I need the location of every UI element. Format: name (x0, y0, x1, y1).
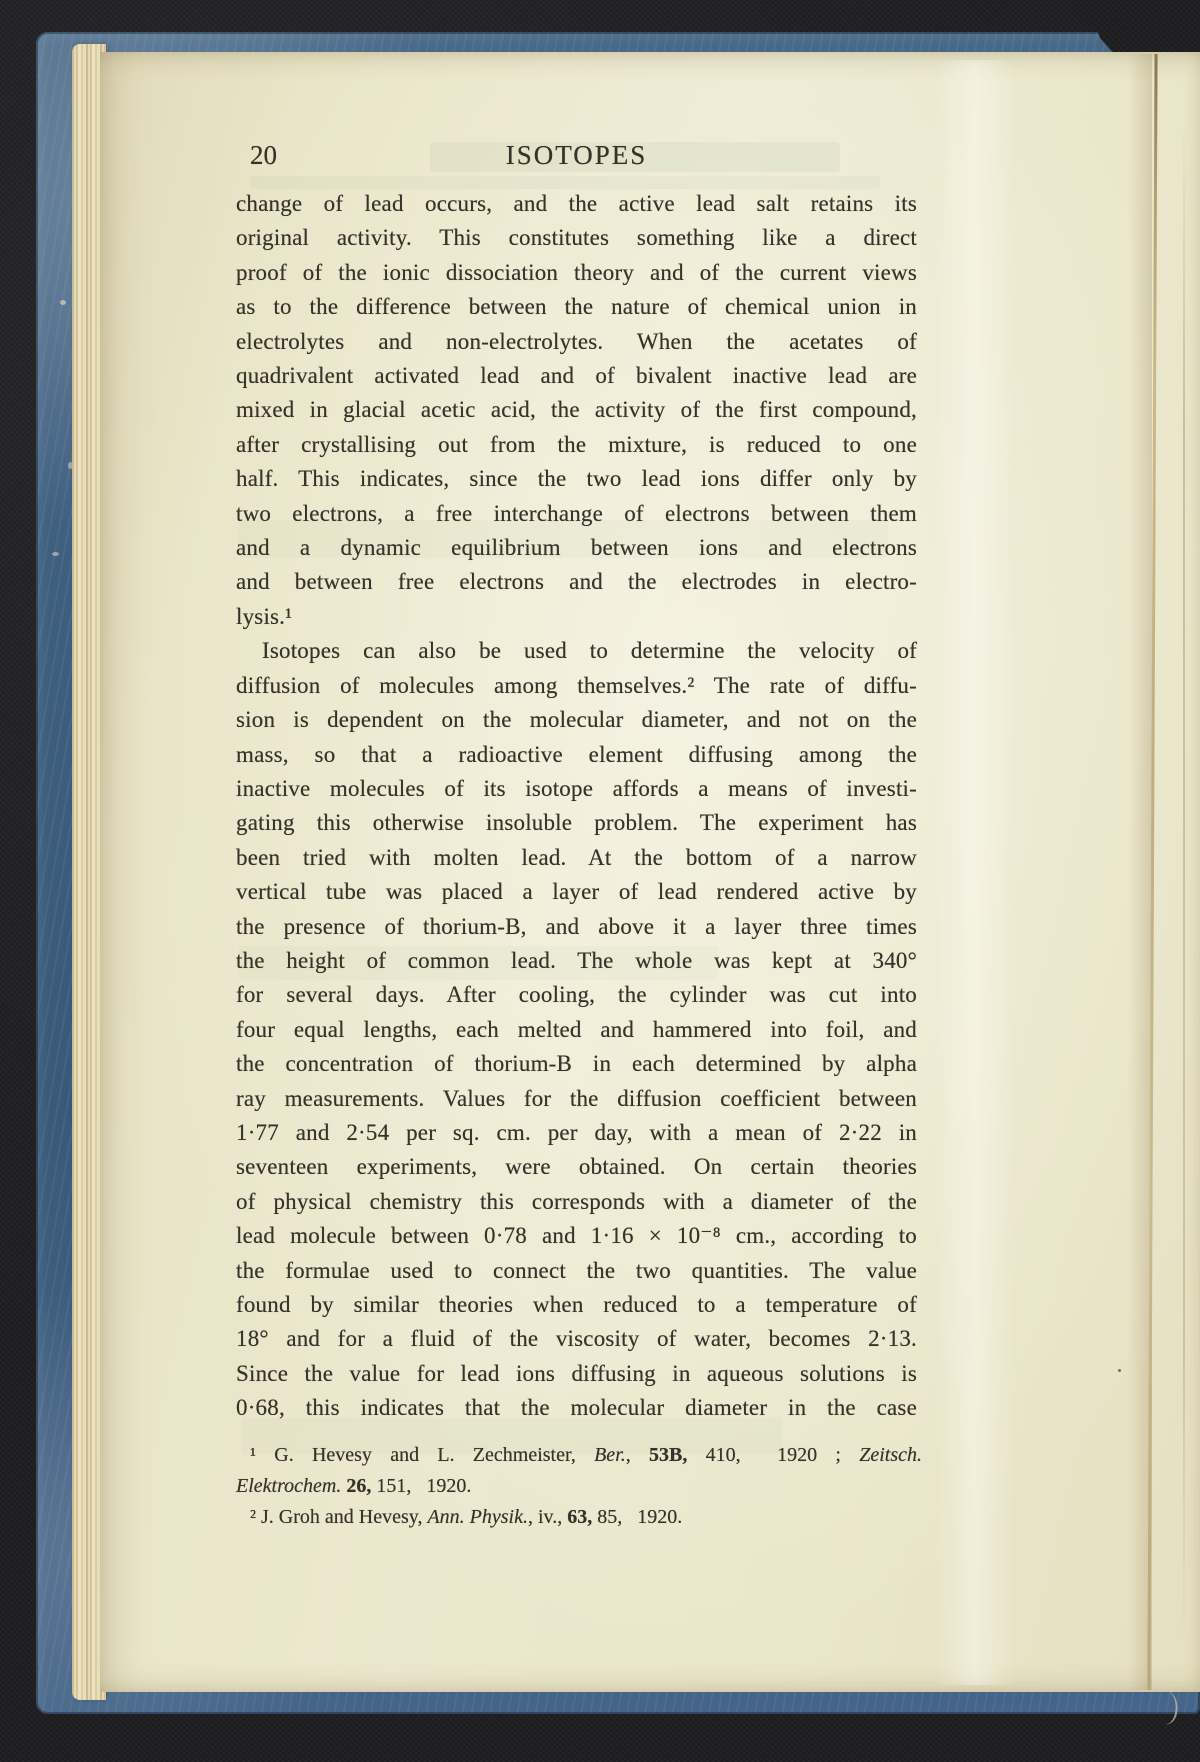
footnote-segment: 26, (346, 1475, 371, 1497)
body-line: vertical tube was placed a layer of lead… (236, 875, 917, 909)
body-line: the height of common lead. The whole was… (236, 944, 917, 978)
footnote-segment: , iv., (528, 1506, 567, 1528)
body-line: lead molecule between 0·78 and 1·16 × 10… (236, 1219, 917, 1253)
footnote-segment: Elektrochem. (236, 1475, 346, 1497)
book-page-scan: 20 ISOTOPES change of lead occurs, and t… (0, 0, 1200, 1762)
footnote-segment: 85, 1920. (592, 1506, 682, 1528)
body-line: proof of the ionic dissociation theory a… (236, 256, 917, 290)
background-fabric-wedge (1094, 0, 1200, 55)
body-line: as to the difference between the nature … (236, 290, 917, 324)
body-line: quadrivalent activated lead and of bival… (236, 359, 917, 393)
cover-wear-spot (60, 300, 66, 305)
cover-wear-spot (52, 552, 59, 556)
footnote-line: ¹ G. Hevesy and L. Zechmeister, Ber., 53… (236, 1440, 922, 1471)
body-line: the concentration of thorium-B in each d… (236, 1047, 917, 1081)
body-line: half. This indicates, since the two lead… (236, 462, 917, 496)
body-line: and a dynamic equilibrium between ions a… (236, 531, 917, 565)
footnote-segment: Ann. Physik. (427, 1506, 528, 1528)
body-line: sion is dependent on the molecular diame… (236, 703, 917, 737)
footnote-segment: ² J. Groh and Hevesy, (250, 1506, 427, 1528)
footnotes: ¹ G. Hevesy and L. Zechmeister, Ber., 53… (236, 1440, 922, 1533)
footnote-line: Elektrochem. 26, 151, 1920. (236, 1471, 922, 1502)
body-line: two electrons, a free interchange of ele… (236, 497, 917, 531)
footnote-segment: Zeitsch. (859, 1444, 922, 1466)
page-fore-edge-line (1183, 120, 1185, 1660)
body-line: been tried with molten lead. At the bott… (236, 841, 917, 875)
footnote-segment: , (626, 1444, 649, 1466)
footnote-segment: ¹ G. Hevesy and L. Zechmeister, (250, 1444, 594, 1466)
page-header: 20 ISOTOPES (236, 140, 917, 176)
body-line: original activity. This constitutes some… (236, 221, 917, 255)
body-line: inactive molecules of its isotope afford… (236, 772, 917, 806)
body-line: diffusion of molecules among themselves.… (236, 669, 917, 703)
body-text: change of lead occurs, and the active le… (236, 187, 917, 1426)
body-line: for several days. After cooling, the cyl… (236, 978, 917, 1012)
footnote-segment: 53B, (649, 1444, 687, 1466)
body-line: after crystallising out from the mixture… (236, 428, 917, 462)
body-line: four equal lengths, each melted and hamm… (236, 1013, 917, 1047)
body-line: lysis.¹ (236, 600, 917, 634)
footnote-segment: Ber. (594, 1444, 626, 1466)
footnote-segment: 63, (567, 1506, 592, 1528)
body-line: gating this otherwise insoluble problem.… (236, 806, 917, 840)
body-line: the formulae used to connect the two qua… (236, 1254, 917, 1288)
body-line: of physical chemistry this corresponds w… (236, 1185, 917, 1219)
body-line: Since the value for lead ions diffusing … (236, 1357, 917, 1391)
body-line: seventeen experiments, were obtained. On… (236, 1150, 917, 1184)
body-line: ray measurements. Values for the diffusi… (236, 1082, 917, 1116)
body-line: the presence of thorium-B, and above it … (236, 910, 917, 944)
body-line: electrolytes and non-electrolytes. When … (236, 325, 917, 359)
body-line: change of lead occurs, and the active le… (236, 187, 917, 221)
footnote-line: ² J. Groh and Hevesy, Ann. Physik., iv.,… (236, 1502, 922, 1533)
body-line: 0·68, this indicates that the molecular … (236, 1391, 917, 1425)
body-line: 1·77 and 2·54 per sq. cm. per day, with … (236, 1116, 917, 1150)
page-title: ISOTOPES (236, 140, 917, 171)
body-line: 18° and for a fluid of the viscosity of … (236, 1322, 917, 1356)
body-line: and between free electrons and the elect… (236, 565, 917, 599)
body-line: mass, so that a radioactive element diff… (236, 738, 917, 772)
body-line: found by similar theories when reduced t… (236, 1288, 917, 1322)
paper-fleck (1118, 1369, 1121, 1372)
body-line: mixed in glacial acetic acid, the activi… (236, 393, 917, 427)
footnote-segment: 410, 1920 ; (687, 1444, 859, 1466)
page-crease-highlight (935, 60, 1015, 1685)
body-line: Isotopes can also be used to determine t… (236, 634, 917, 668)
footnote-segment: 151, 1920. (371, 1475, 471, 1497)
